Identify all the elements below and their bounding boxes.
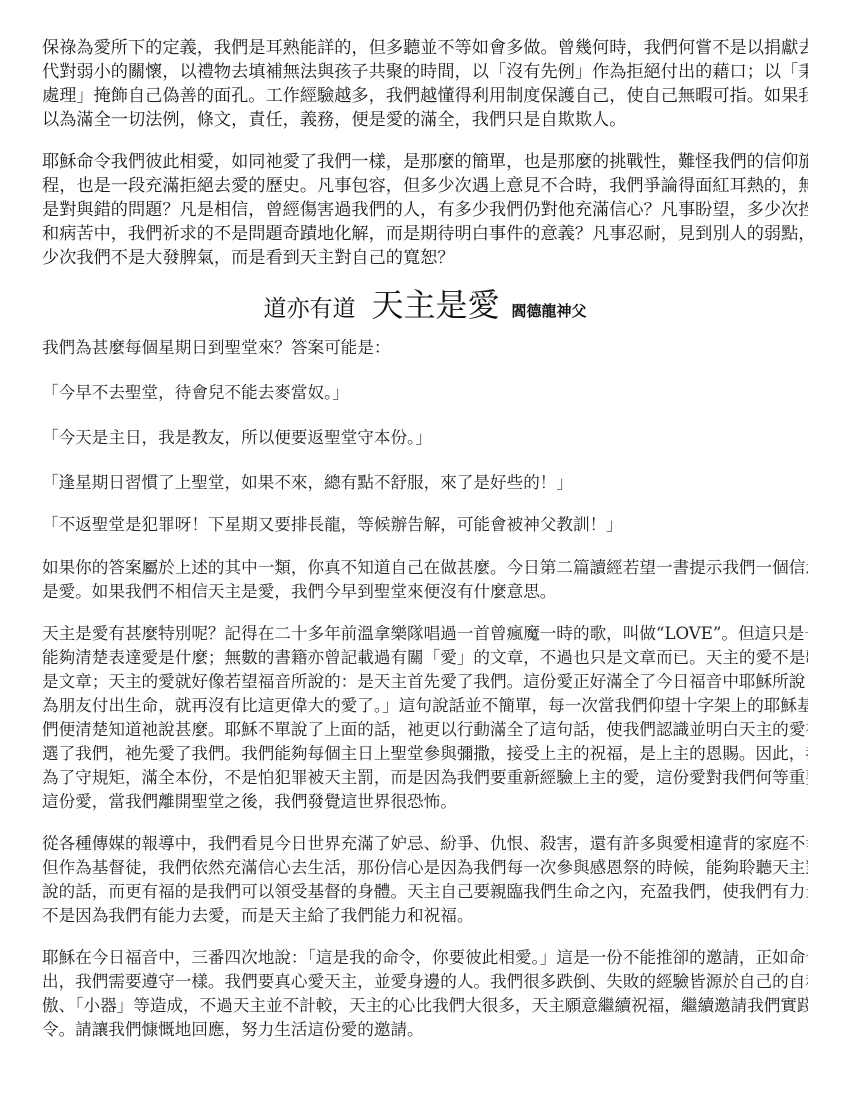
- text-line: 們便清楚知道祂說甚麼。耶穌不單說了上面的話，祂更以行動滿全了這句話，使我們認識並…: [42, 718, 808, 742]
- text-line: 代對弱小的關懷，以禮物去填補無法與孩子共聚的時間，以「沒有先例」作為拒絕付出的藉…: [42, 60, 808, 84]
- article-heading: 道亦有道 天主是愛 閻德龍神父: [0, 280, 850, 320]
- answer-item: 「逢星期日習慣了上聖堂，如果不來，總有點不舒服，來了是好些的！」: [42, 471, 808, 495]
- document-page: 保祿為愛所下的定義，我們是耳熟能詳的，但多聽並不等如會多做。曾幾何時，我們何嘗不…: [0, 0, 850, 1100]
- text-line: 保祿為愛所下的定義，我們是耳熟能詳的，但多聽並不等如會多做。曾幾何時，我們何嘗不…: [42, 36, 808, 60]
- text-line: 程，也是一段充滿拒絕去愛的歷史。凡事包容，但多少次遇上意見不合時，我們爭論得面紅…: [42, 174, 808, 198]
- text-line: 是文章；天主的愛就好像若望福音所說的：是天主首先愛了我們。這份愛正好滿全了今日福…: [42, 670, 808, 694]
- text-line: 為朋友付出生命，就再沒有比這更偉大的愛了。」這句說話並不簡單，每一次當我們仰望十…: [42, 694, 808, 718]
- text-line: 出，我們需要遵守一樣。我們要真心愛天主，並愛身邊的人。我們很多跌倒、失敗的經驗皆…: [42, 970, 808, 994]
- answer-item: 「今天是主日，我是教友，所以便要返聖堂守本份。」: [42, 426, 808, 450]
- text-line: 能夠清楚表達愛是什麼；無數的書籍亦曾記載過有關「愛」的文章，不過也只是文章而已。…: [42, 646, 808, 670]
- article-title: 天主是愛: [371, 286, 499, 324]
- text-line: 少次我們不是大發脾氣，而是看到天主對自己的寬恕？: [42, 246, 808, 270]
- text-line: 和病苦中，我們祈求的不是問題奇蹟地化解，而是期待明白事件的意義？凡事忍耐，見到別…: [42, 222, 808, 246]
- text-line: 這份愛，當我們離開聖堂之後，我們發覺這世界很恐怖。: [42, 790, 808, 814]
- answer-item: 「不返聖堂是犯罪呀！下星期又要排長龍，等候辦告解，可能會被神父教訓！」: [42, 513, 808, 537]
- text-line: 如果你的答案屬於上述的其中一類，你真不知道自己在做甚麼。今日第二篇讀經若望一書提…: [42, 556, 808, 580]
- text-line: 傲、「小器」等造成，不過天主並不計較，天主的心比我們大很多，天主願意繼續祝福，繼…: [42, 994, 808, 1018]
- text-line: 說的話，而更有福的是我們可以領受基督的身體。天主自己要親臨我們生命之內，充盈我們…: [42, 880, 808, 904]
- author-name: 閻德龍神父: [512, 302, 587, 320]
- text-line: 耶穌命令我們彼此相愛，如同祂愛了我們一樣，是那麼的簡單，也是那麼的挑戰性，難怪我…: [42, 150, 808, 174]
- text-line: 選了我們，祂先愛了我們。我們能夠每個主日上聖堂參與彌撒，接受上主的祝福，是上主的…: [42, 742, 808, 766]
- text-line: 令。請讓我們慷慨地回應，努力生活這份愛的邀請。: [42, 1018, 808, 1042]
- column-name: 道亦有道: [263, 296, 355, 322]
- intro-question: 我們為甚麼每個星期日到聖堂來？答案可能是：: [42, 336, 808, 360]
- text-line: 不是因為我們有能力去愛，而是天主給了我們能力和祝福。: [42, 904, 808, 928]
- text-line: 但作為基督徒，我們依然充滿信心去生活，那份信心是因為我們每一次參與感恩祭的時候，…: [42, 856, 808, 880]
- text-line: 是愛。如果我們不相信天主是愛，我們今早到聖堂來便沒有什麼意思。: [42, 580, 808, 604]
- text-line: 耶穌在今日福音中，三番四次地說：「這是我的命令，你要彼此相愛。」這是一份不能推卻…: [42, 946, 808, 970]
- text-line: 以為滿全一切法例，條文，責任，義務，便是愛的滿全，我們只是自欺欺人。: [42, 108, 808, 132]
- answer-item: 「今早不去聖堂，待會兒不能去麥當奴。」: [42, 381, 808, 405]
- text-line: 天主是愛有甚麼特別呢？記得在二十多年前溫拿樂隊唱過一首曾瘋魔一時的歌，叫做“LO…: [42, 622, 808, 646]
- text-line: 是對與錯的問題？凡是相信，曾經傷害過我們的人，有多少我們仍對他充滿信心？凡事盼望…: [42, 198, 808, 222]
- text-line: 處理」掩飾自己偽善的面孔。工作經驗越多，我們越懂得利用制度保護自己，使自己無暇可…: [42, 84, 808, 108]
- text-line: 為了守規矩，滿全本份，不是怕犯罪被天主罰，而是因為我們要重新經驗上主的愛，這份愛…: [42, 766, 808, 790]
- text-line: 從各種傳媒的報導中，我們看見今日世界充滿了妒忌、紛爭、仇恨、殺害，還有許多與愛相…: [42, 832, 808, 856]
